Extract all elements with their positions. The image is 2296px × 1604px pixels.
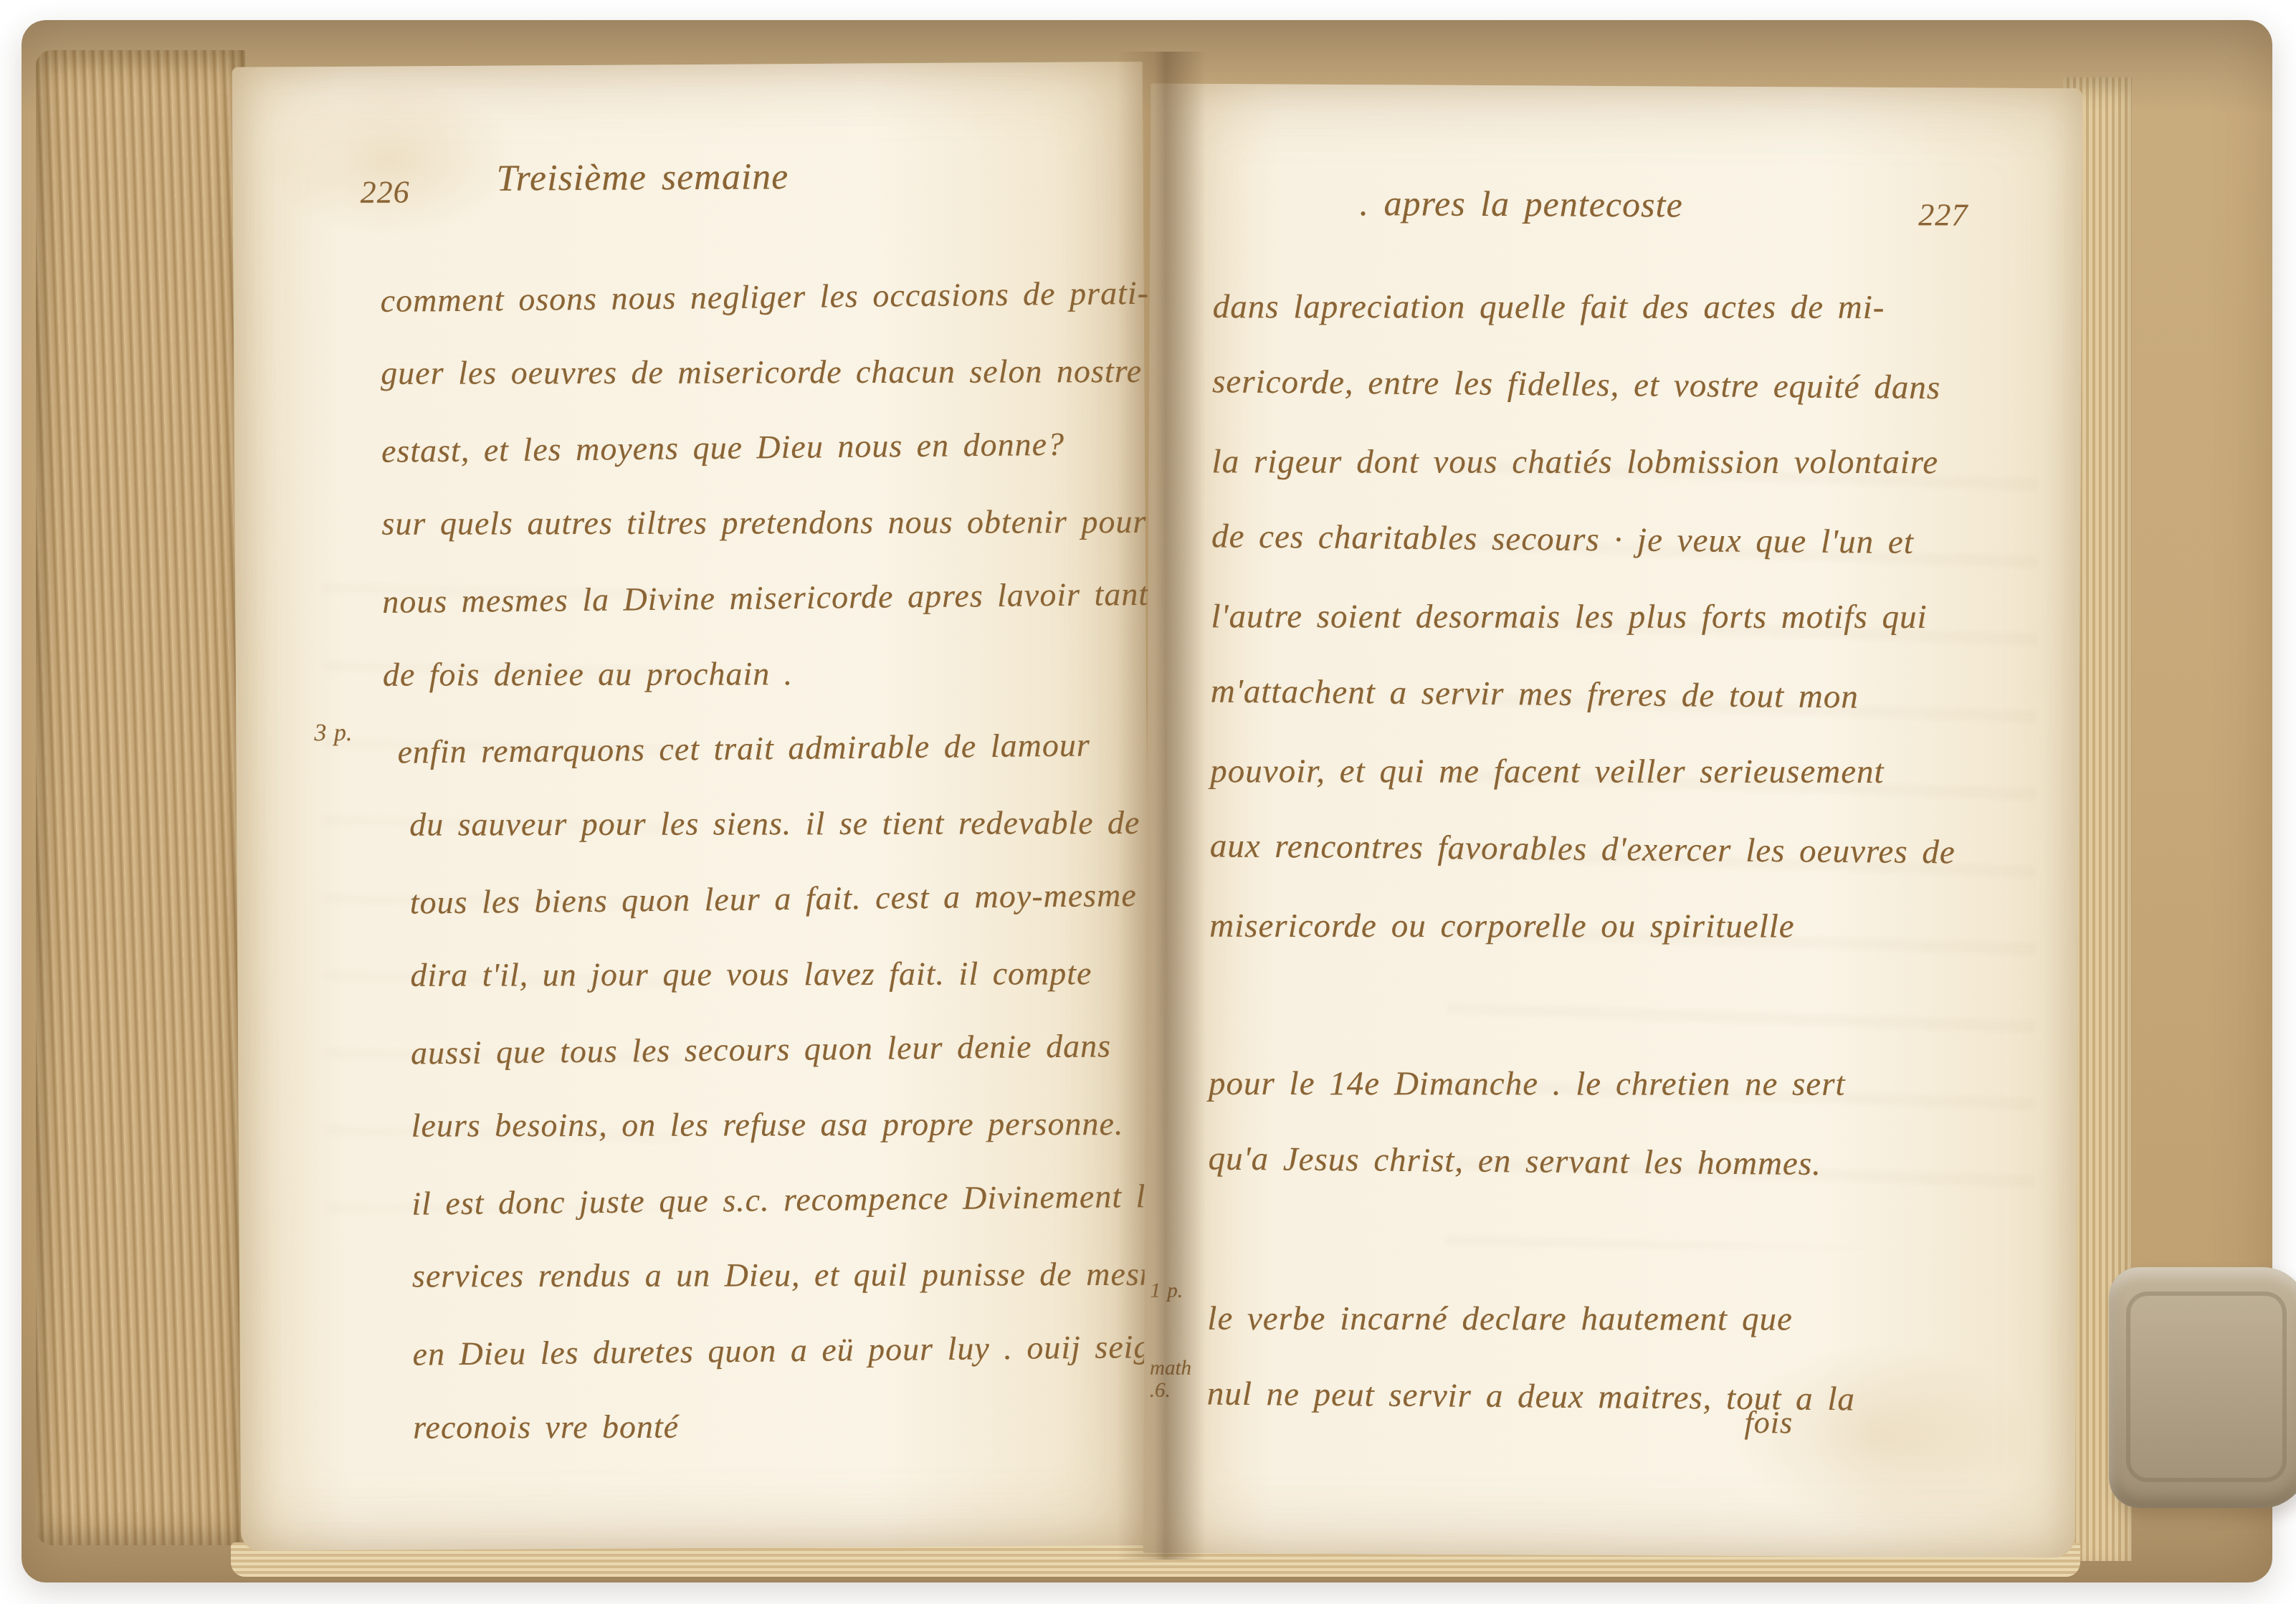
page-stain bbox=[261, 80, 520, 239]
line-text: nous mesmes la Divine misericorde apres … bbox=[382, 575, 1148, 621]
text-line: pouvoir, et qui me facent veiller serieu… bbox=[1210, 731, 2021, 813]
line-text: leurs besoins, on les refuse asa propre … bbox=[411, 1104, 1124, 1145]
page-number-right: 227 bbox=[1918, 196, 1968, 233]
text-line: en Dieu les duretes quon a eü pour luy .… bbox=[386, 1310, 1133, 1390]
line-text: en Dieu les duretes quon a eü pour luy .… bbox=[412, 1327, 1204, 1373]
line-text: m'attachent a servir mes freres de tout … bbox=[1211, 672, 1859, 716]
text-line: du sauveur pour les siens. il se tient r… bbox=[384, 783, 1130, 863]
line-text: sur quels autres tiltres pretendons nous… bbox=[382, 502, 1147, 543]
text-line: aussi que tous les secours quon leur den… bbox=[385, 1009, 1131, 1089]
line-text: l'autre soient desormais les plus forts … bbox=[1211, 597, 1927, 636]
text-line: leurs besoins, on les refuse asa propre … bbox=[385, 1084, 1131, 1164]
text-line: comment osons nous negliger les occasion… bbox=[380, 257, 1126, 336]
line-text: sericorde, entre les fidelles, et vostre… bbox=[1212, 362, 1940, 407]
margin-note: 3 p. bbox=[314, 720, 352, 746]
text-line: 3 p.enfin remarquons cet trait admirable… bbox=[383, 708, 1129, 788]
page-block-fore-edge-left bbox=[36, 50, 245, 1545]
line-text: pour le 14e Dimanche . le chretien ne se… bbox=[1209, 1064, 1846, 1104]
text-line: la rigeur dont vous chatiés lobmission v… bbox=[1211, 421, 2022, 503]
line-text: enfin remarquons cet trait admirable de … bbox=[397, 725, 1090, 770]
photo-scene: 226 Treisième semaine comment osons nous… bbox=[0, 0, 2296, 1604]
text-line: services rendus a un Dieu, et quil punis… bbox=[386, 1235, 1133, 1314]
line-text: guer les oeuvres de misericorde chacun s… bbox=[381, 352, 1142, 392]
text-line: math .6.nul ne peut servir a deux maitre… bbox=[1207, 1356, 2018, 1438]
line-text: misericorde ou corporelle ou spirituelle bbox=[1209, 907, 1794, 946]
text-line: m'attachent a servir mes freres de tout … bbox=[1211, 654, 2021, 735]
text-line: qu'a Jesus christ, en servant les hommes… bbox=[1208, 1121, 2019, 1203]
line-text: la rigeur dont vous chatiés lobmission v… bbox=[1212, 442, 1939, 482]
running-header-left: Treisième semaine bbox=[496, 156, 789, 199]
text-line: sur quels autres tiltres pretendons nous… bbox=[381, 482, 1128, 562]
text-line: aux rencontres favorables d'exercer les … bbox=[1210, 808, 2021, 890]
paragraph: dans lapreciation quelle fait des actes … bbox=[1209, 267, 2023, 968]
line-text: il est donc juste que s.c. recompence Di… bbox=[411, 1177, 1175, 1223]
text-line: il est donc juste que s.c. recompence Di… bbox=[386, 1160, 1132, 1239]
text-line: tous les biens quon leur a fait. cest a … bbox=[384, 859, 1130, 938]
line-text: aussi que tous les secours quon leur den… bbox=[411, 1026, 1111, 1071]
page-body-left: comment osons nous negliger les occasion… bbox=[380, 257, 1133, 1465]
line-text: services rendus a un Dieu, et quil punis… bbox=[412, 1255, 1180, 1295]
text-line: reconois vre bonté bbox=[387, 1385, 1133, 1465]
text-line: de fois deniee au prochain . bbox=[383, 633, 1129, 712]
line-text: qu'a Jesus christ, en servant les hommes… bbox=[1208, 1140, 1821, 1183]
line-text: de fois deniee au prochain . bbox=[383, 654, 793, 693]
text-line: sericorde, entre les fidelles, et vostre… bbox=[1212, 344, 2023, 426]
paragraph: comment osons nous negliger les occasion… bbox=[380, 257, 1128, 712]
text-line: l'autre soient desormais les plus forts … bbox=[1211, 576, 2021, 658]
clasp-strap bbox=[2109, 1267, 2296, 1508]
text-line: de ces charitables secours · je veux que… bbox=[1211, 499, 2022, 581]
catchword: fois bbox=[1744, 1404, 1793, 1441]
line-text: de ces charitables secours · je veux que… bbox=[1211, 517, 1914, 562]
text-line: dans lapreciation quelle fait des actes … bbox=[1212, 267, 2023, 348]
paragraph: 3 p.enfin remarquons cet trait admirable… bbox=[383, 708, 1133, 1465]
text-line: guer les oeuvres de misericorde chacun s… bbox=[381, 332, 1127, 411]
text-line: nous mesmes la Divine misericorde apres … bbox=[382, 558, 1128, 637]
margin-note: 1 p. bbox=[1150, 1280, 1183, 1302]
page-body-right: dans lapreciation quelle fait des actes … bbox=[1207, 267, 2024, 1438]
text-line: misericorde ou corporelle ou spirituelle bbox=[1209, 886, 2020, 968]
right-page: 227 . apres la pentecoste dans lapreciat… bbox=[1143, 84, 2083, 1558]
line-text: tous les biens quon leur a fait. cest a … bbox=[410, 876, 1137, 922]
paragraph: 1 p.le verbe incarné declare hautement q… bbox=[1207, 1279, 2018, 1438]
text-line: 1 p.le verbe incarné declare hautement q… bbox=[1207, 1279, 2018, 1360]
text-line: estast, et les moyens que Dieu nous en d… bbox=[381, 407, 1128, 487]
page-number-left: 226 bbox=[361, 173, 410, 210]
text-line: pour le 14e Dimanche . le chretien ne se… bbox=[1209, 1044, 2019, 1125]
text-line: dira t'il, un jour que vous lavez fait. … bbox=[384, 934, 1130, 1013]
line-text: dans lapreciation quelle fait des actes … bbox=[1213, 287, 1885, 327]
line-text: estast, et les moyens que Dieu nous en d… bbox=[381, 425, 1065, 470]
running-header-right: . apres la pentecoste bbox=[1359, 182, 1682, 225]
left-page: 226 Treisième semaine comment osons nous… bbox=[232, 62, 1152, 1551]
book: 226 Treisième semaine comment osons nous… bbox=[22, 20, 2272, 1582]
line-text: du sauveur pour les siens. il se tient r… bbox=[409, 803, 1140, 844]
line-text: dira t'il, un jour que vous lavez fait. … bbox=[410, 954, 1092, 993]
line-text: comment osons nous negliger les occasion… bbox=[380, 274, 1149, 320]
paragraph: pour le 14e Dimanche . le chretien ne se… bbox=[1208, 1044, 2019, 1203]
line-text: reconois vre bonté bbox=[413, 1408, 679, 1446]
line-text: aux rencontres favorables d'exercer les … bbox=[1210, 826, 1956, 872]
line-text: pouvoir, et qui me facent veiller serieu… bbox=[1210, 752, 1884, 791]
margin-note: math .6. bbox=[1150, 1357, 1191, 1402]
line-text: le verbe incarné declare hautement que bbox=[1207, 1299, 1793, 1339]
